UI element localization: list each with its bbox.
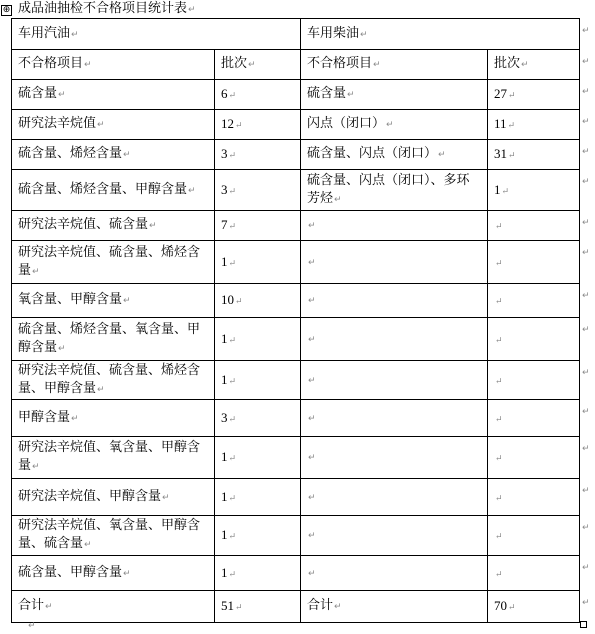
gasoline-count-cell: 3↵ [215, 400, 301, 437]
diesel-item-cell: ↵ [301, 400, 488, 437]
row-end-mark-icon: ↵ [582, 177, 590, 187]
diesel-item-cell: ↵ [301, 284, 488, 318]
gasoline-item-cell: 研究法辛烷值↵ [12, 110, 215, 140]
document-title: 成品油抽检不合格项目统计表↵ [18, 0, 196, 19]
diesel-count-cell: 1↵ [488, 170, 580, 211]
header-diesel-item: 不合格项目↵ [301, 50, 488, 80]
gasoline-item-cell: 研究法辛烷值、硫含量、烯烃含量、甲醇含量↵ [12, 361, 215, 400]
diesel-count-cell: ↵ [488, 400, 580, 437]
gasoline-item-cell: 研究法辛烷值、氧含量、甲醇含量、硫含量↵ [12, 516, 215, 556]
gasoline-count-cell: 1↵ [215, 318, 301, 361]
row-end-mark-icon: ↵ [582, 218, 590, 228]
gasoline-count-cell: 1↵ [215, 241, 301, 284]
gasoline-item-cell: 研究法辛烷值、甲醇含量↵ [12, 479, 215, 516]
diesel-total-label: 合计↵ [301, 591, 488, 623]
diesel-item-cell: 硫含量、闪点（闭口）、多环芳烃↵ [301, 170, 488, 211]
gasoline-item-cell: 硫含量、甲醇含量↵ [12, 556, 215, 591]
table-row: 硫含量、甲醇含量↵1↵↵↵ [12, 556, 580, 591]
gasoline-item-cell: 氧含量、甲醇含量↵ [12, 284, 215, 318]
paragraph-mark-icon: ↵ [188, 5, 196, 15]
gasoline-item-cell: 硫含量、烯烃含量↵ [12, 140, 215, 170]
diesel-item-cell: ↵ [301, 437, 488, 479]
column-header-row: 不合格项目↵ 批次↵ 不合格项目↵ 批次↵ [12, 50, 580, 80]
diesel-count-cell: ↵ [488, 284, 580, 318]
totals-row: 合计↵51↵合计↵70↵ [12, 591, 580, 623]
statistics-table: 车用汽油↵ 车用柴油↵ 不合格项目↵ 批次↵ 不合格项目↵ 批次↵ 硫含量↵6↵… [11, 18, 580, 623]
title-text: 成品油抽检不合格项目统计表 [18, 1, 187, 16]
row-end-mark-icon: ↵ [582, 57, 590, 67]
gasoline-total-label: 合计↵ [12, 591, 215, 623]
row-end-mark-icon: ↵ [582, 291, 590, 301]
diesel-count-cell: ↵ [488, 516, 580, 556]
diesel-count-cell: 27↵ [488, 80, 580, 110]
diesel-count-cell: ↵ [488, 361, 580, 400]
row-end-mark-icon: ↵ [582, 87, 590, 97]
diesel-item-cell: ↵ [301, 479, 488, 516]
gasoline-total-value: 51↵ [215, 591, 301, 623]
header-gasoline-item: 不合格项目↵ [12, 50, 215, 80]
gasoline-count-cell: 1↵ [215, 437, 301, 479]
table-row: 甲醇含量↵3↵↵↵ [12, 400, 580, 437]
diesel-item-cell: ↵ [301, 241, 488, 284]
gasoline-count-cell: 1↵ [215, 361, 301, 400]
gasoline-item-cell: 硫含量、烯烃含量、甲醇含量↵ [12, 170, 215, 211]
group-diesel: 车用柴油↵ [301, 19, 580, 50]
table-row: 研究法辛烷值、硫含量↵7↵↵↵ [12, 211, 580, 241]
table-resize-handle[interactable] [580, 621, 587, 628]
gasoline-item-cell: 研究法辛烷值、硫含量、烯烃含量↵ [12, 241, 215, 284]
row-end-mark-icon: ↵ [582, 563, 590, 573]
diesel-total-value: 70↵ [488, 591, 580, 623]
gasoline-count-cell: 10↵ [215, 284, 301, 318]
table-row: 硫含量、烯烃含量↵3↵硫含量、闪点（闭口）↵31↵ [12, 140, 580, 170]
gasoline-count-cell: 1↵ [215, 516, 301, 556]
table-row: 硫含量、烯烃含量、氧含量、甲醇含量↵1↵↵↵ [12, 318, 580, 361]
gasoline-item-cell: 甲醇含量↵ [12, 400, 215, 437]
table-row: 硫含量↵6↵硫含量↵27↵ [12, 80, 580, 110]
row-end-mark-icon: ↵ [582, 523, 590, 533]
table-row: 研究法辛烷值、硫含量、烯烃含量↵1↵↵↵ [12, 241, 580, 284]
gasoline-item-cell: 研究法辛烷值、硫含量↵ [12, 211, 215, 241]
row-end-mark-icon: ↵ [582, 368, 590, 378]
diesel-item-cell: ↵ [301, 318, 488, 361]
header-gasoline-count: 批次↵ [215, 50, 301, 80]
diesel-count-cell: ↵ [488, 211, 580, 241]
table-row: 研究法辛烷值↵12↵闪点（闭口）↵11↵ [12, 110, 580, 140]
gasoline-item-cell: 硫含量、烯烃含量、氧含量、甲醇含量↵ [12, 318, 215, 361]
diesel-item-cell: 硫含量、闪点（闭口）↵ [301, 140, 488, 170]
table-row: 研究法辛烷值、甲醇含量↵1↵↵↵ [12, 479, 580, 516]
diesel-item-cell: ↵ [301, 361, 488, 400]
row-end-mark-icon: ↵ [582, 407, 590, 417]
group-header-row: 车用汽油↵ 车用柴油↵ [12, 19, 580, 50]
table-row: 硫含量、烯烃含量、甲醇含量↵3↵硫含量、闪点（闭口）、多环芳烃↵1↵ [12, 170, 580, 211]
diesel-count-cell: 31↵ [488, 140, 580, 170]
gasoline-count-cell: 1↵ [215, 556, 301, 591]
table-row: 研究法辛烷值、氧含量、甲醇含量、硫含量↵1↵↵↵ [12, 516, 580, 556]
diesel-count-cell: ↵ [488, 241, 580, 284]
paragraph-mark-icon: ↵ [28, 621, 36, 631]
gasoline-count-cell: 7↵ [215, 211, 301, 241]
row-end-mark-icon: ↵ [582, 325, 590, 335]
header-diesel-count: 批次↵ [488, 50, 580, 80]
gasoline-count-cell: 1↵ [215, 479, 301, 516]
row-end-mark-icon: ↵ [582, 248, 590, 258]
gasoline-item-cell: 硫含量↵ [12, 80, 215, 110]
diesel-count-cell: ↵ [488, 479, 580, 516]
row-end-mark-icon: ↵ [582, 147, 590, 157]
diesel-item-cell: 硫含量↵ [301, 80, 488, 110]
gasoline-item-cell: 研究法辛烷值、氧含量、甲醇含量↵ [12, 437, 215, 479]
table-row: 研究法辛烷值、氧含量、甲醇含量↵1↵↵↵ [12, 437, 580, 479]
diesel-item-cell: ↵ [301, 516, 488, 556]
row-end-mark-icon: ↵ [582, 117, 590, 127]
gasoline-count-cell: 3↵ [215, 140, 301, 170]
row-end-mark-icon: ↵ [582, 598, 590, 608]
group-gasoline: 车用汽油↵ [12, 19, 301, 50]
row-end-mark-icon: ↵ [582, 444, 590, 454]
diesel-count-cell: ↵ [488, 556, 580, 591]
gasoline-count-cell: 3↵ [215, 170, 301, 211]
diesel-count-cell: ↵ [488, 437, 580, 479]
diesel-item-cell: 闪点（闭口）↵ [301, 110, 488, 140]
table-row: 研究法辛烷值、硫含量、烯烃含量、甲醇含量↵1↵↵↵ [12, 361, 580, 400]
row-end-mark-icon: ↵ [582, 486, 590, 496]
gasoline-count-cell: 6↵ [215, 80, 301, 110]
diesel-count-cell: ↵ [488, 318, 580, 361]
diesel-count-cell: 11↵ [488, 110, 580, 140]
gasoline-count-cell: 12↵ [215, 110, 301, 140]
diesel-item-cell: ↵ [301, 556, 488, 591]
diesel-item-cell: ↵ [301, 211, 488, 241]
table-move-handle-icon[interactable]: ⊕ [1, 5, 12, 16]
table-row: 氧含量、甲醇含量↵10↵↵↵ [12, 284, 580, 318]
row-end-mark-icon: ↵ [582, 26, 590, 36]
